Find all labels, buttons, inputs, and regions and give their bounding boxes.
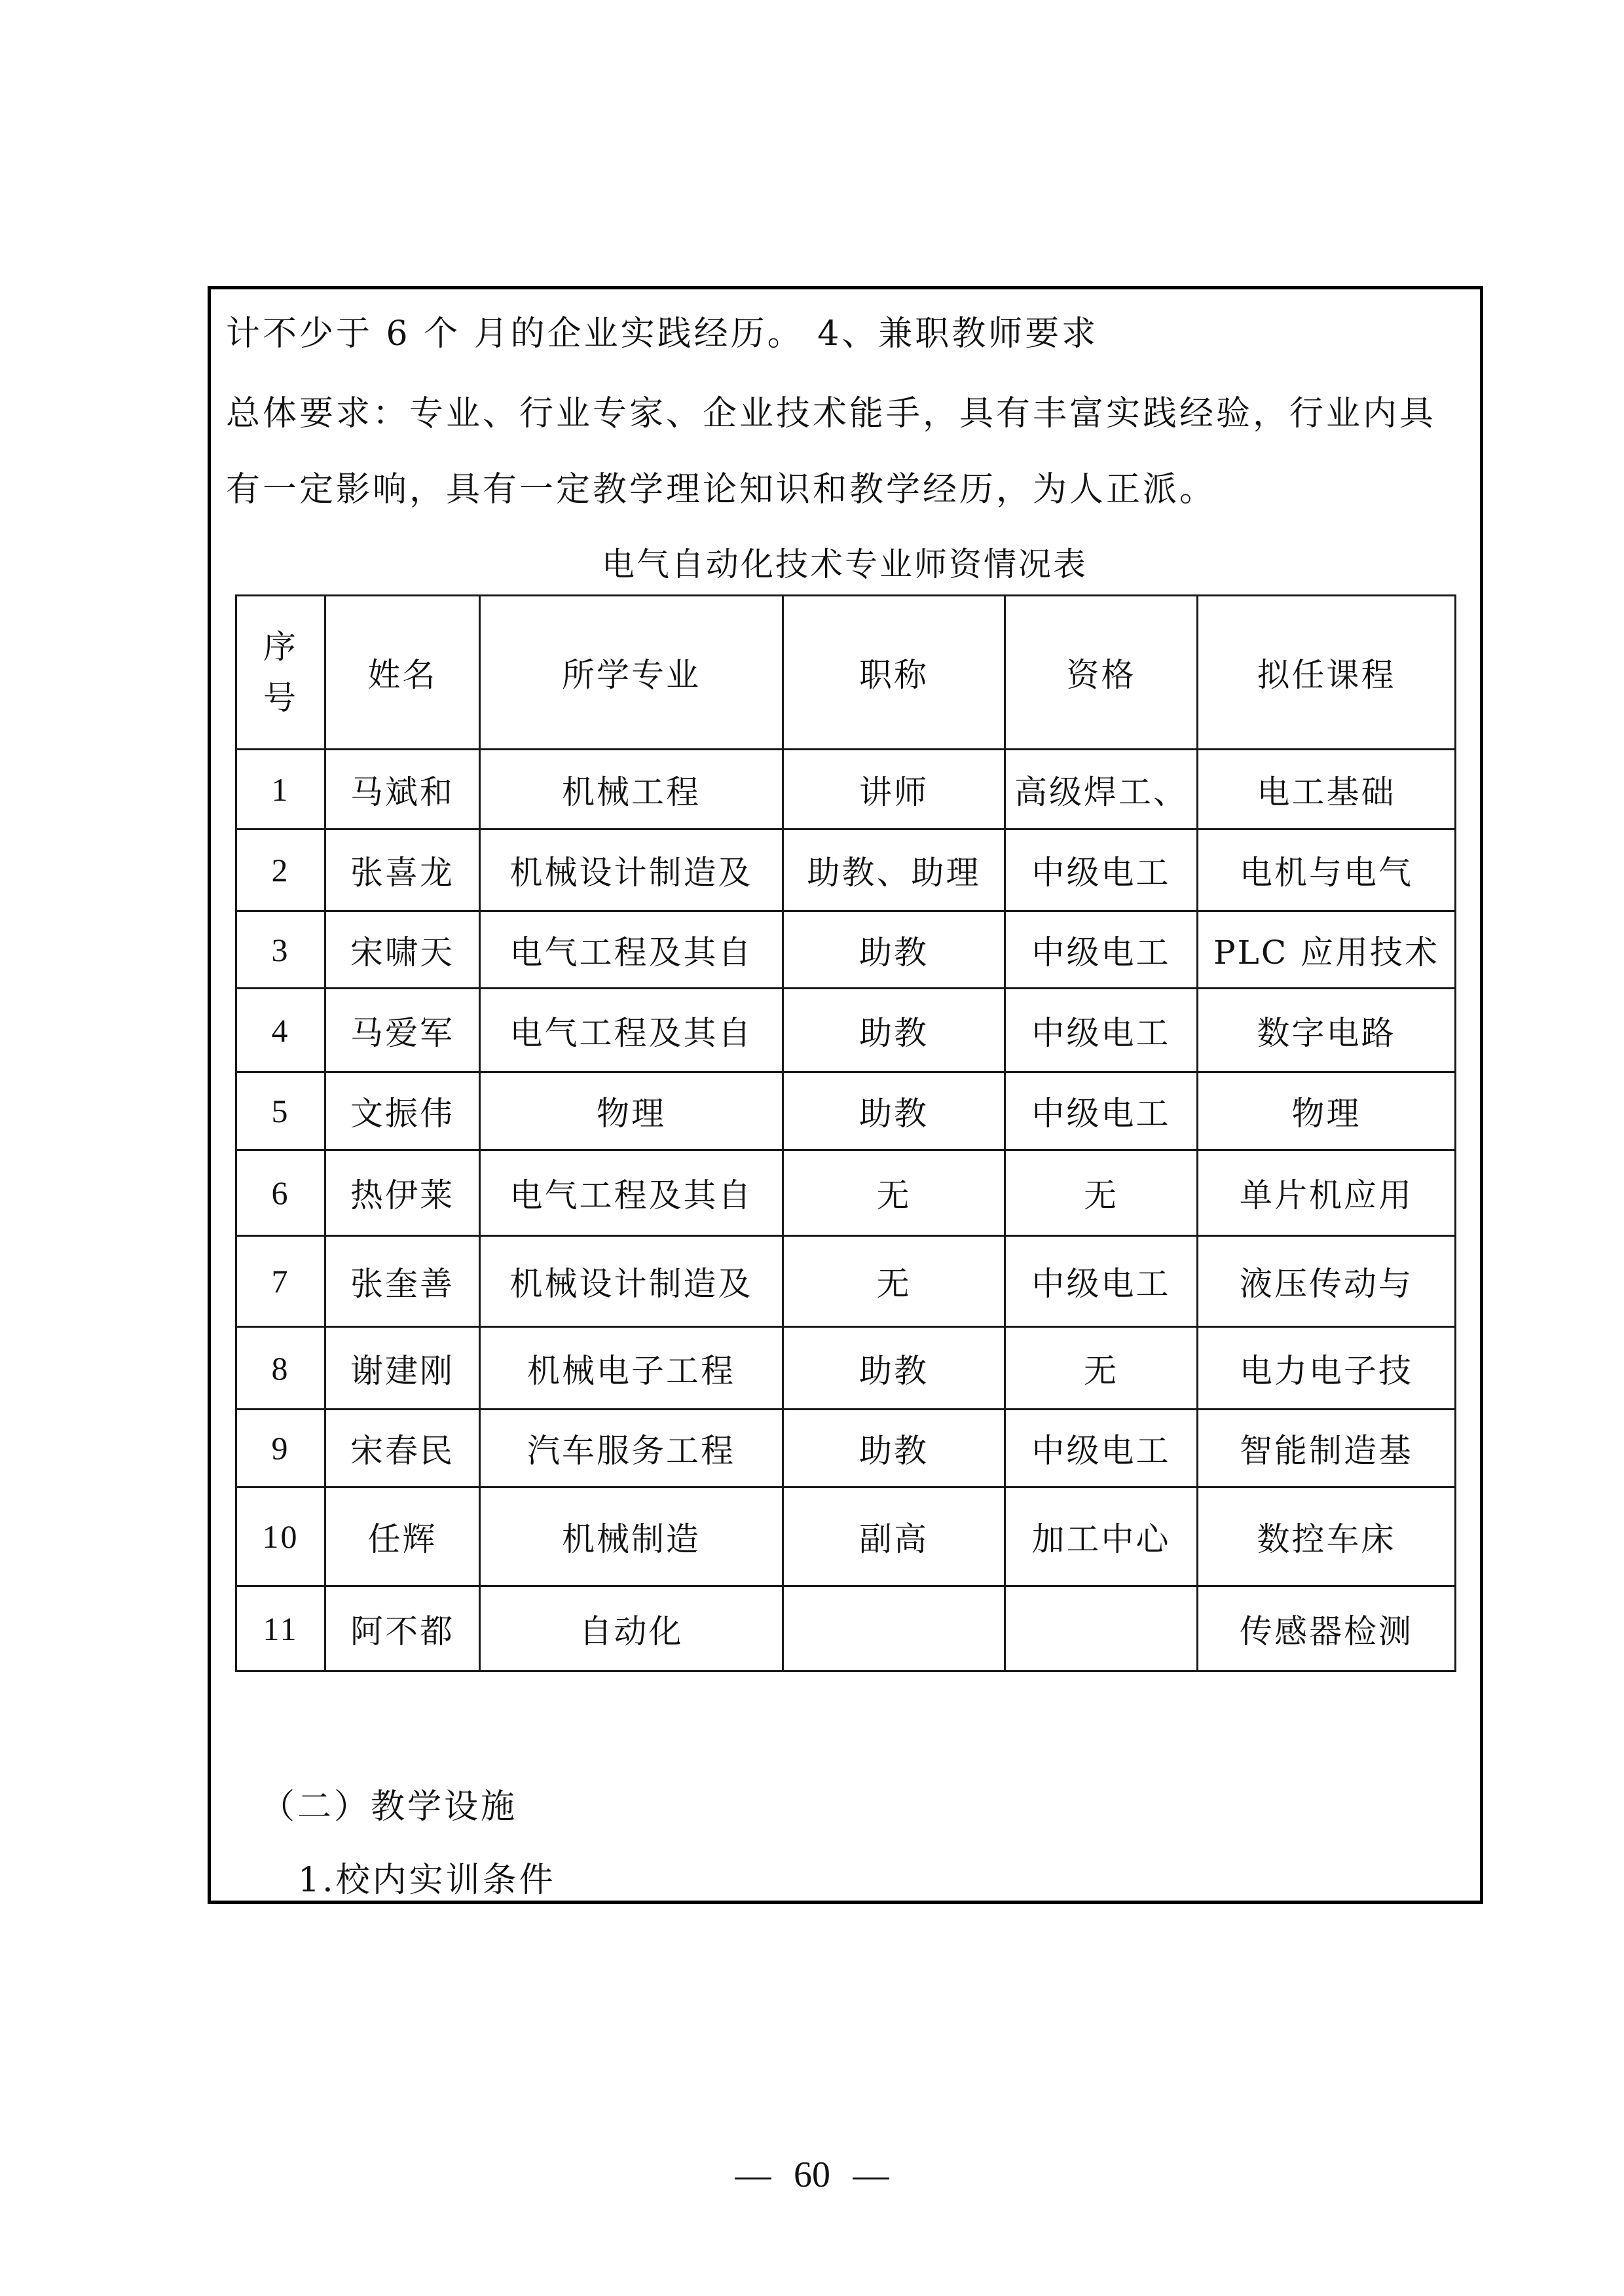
cell-course: 数字电路 bbox=[1198, 989, 1456, 1072]
page-number: 60 bbox=[794, 2155, 830, 2195]
cell-name: 马斌和 bbox=[325, 750, 480, 829]
cell-seq: 11 bbox=[236, 1586, 325, 1671]
header-seq-top: 序 bbox=[263, 628, 298, 666]
cell-course: 智能制造基 bbox=[1198, 1410, 1456, 1487]
cell-name: 张喜龙 bbox=[325, 829, 480, 911]
cell-course: 电工基础 bbox=[1198, 750, 1456, 829]
page-footer: 60 bbox=[0, 2154, 1624, 2196]
cell-seq: 7 bbox=[236, 1236, 325, 1327]
body-text-line-3: 有一定影响，具有一定教学理论知识和教学经历，为人正派。 bbox=[226, 469, 1216, 511]
cell-major: 汽车服务工程 bbox=[480, 1410, 783, 1487]
cell-qualification: 无 bbox=[1005, 1150, 1198, 1236]
table-row: 11 阿不都 自动化 传感器检测 bbox=[236, 1586, 1456, 1671]
cell-title bbox=[783, 1586, 1005, 1671]
table-row: 2 张喜龙 机械设计制造及 助教、助理 中级电工 电机与电气 bbox=[236, 829, 1456, 911]
cell-title: 助教 bbox=[783, 911, 1005, 989]
cell-name: 谢建刚 bbox=[325, 1327, 480, 1410]
table-row: 7 张奎善 机械设计制造及 无 中级电工 液压传动与 bbox=[236, 1236, 1456, 1327]
cell-qualification: 加工中心 bbox=[1005, 1487, 1198, 1586]
cell-qualification: 中级电工 bbox=[1005, 829, 1198, 911]
cell-major: 机械设计制造及 bbox=[480, 829, 783, 911]
cell-title: 助教 bbox=[783, 1327, 1005, 1410]
cell-qualification: 中级电工 bbox=[1005, 911, 1198, 989]
staff-table: 序 号 姓名 所学专业 职称 资格 拟任课程 1 马斌和 机械工程 讲师 高级焊… bbox=[235, 594, 1456, 1672]
table-row: 9 宋春民 汽车服务工程 助教 中级电工 智能制造基 bbox=[236, 1410, 1456, 1487]
cell-major: 物理 bbox=[480, 1072, 783, 1150]
cell-qualification: 中级电工 bbox=[1005, 1072, 1198, 1150]
cell-name: 阿不都 bbox=[325, 1586, 480, 1671]
cell-major: 电气工程及其自 bbox=[480, 989, 783, 1072]
table-row: 8 谢建刚 机械电子工程 助教 无 电力电子技 bbox=[236, 1327, 1456, 1410]
cell-course: 数控车床 bbox=[1198, 1487, 1456, 1586]
cell-title: 无 bbox=[783, 1150, 1005, 1236]
cell-seq: 10 bbox=[236, 1487, 325, 1586]
cell-qualification: 中级电工 bbox=[1005, 989, 1198, 1072]
cell-course: 电机与电气 bbox=[1198, 829, 1456, 911]
cell-seq: 4 bbox=[236, 989, 325, 1072]
cell-title: 无 bbox=[783, 1236, 1005, 1327]
cell-name: 任辉 bbox=[325, 1487, 480, 1586]
table-row: 4 马爱军 电气工程及其自 助教 中级电工 数字电路 bbox=[236, 989, 1456, 1072]
subsection-heading-campus-training: 1.校内实训条件 bbox=[298, 1859, 556, 1901]
cell-course: 液压传动与 bbox=[1198, 1236, 1456, 1327]
cell-course: PLC 应用技术 bbox=[1198, 911, 1456, 989]
cell-title: 副高 bbox=[783, 1487, 1005, 1586]
table-row: 3 宋啸天 电气工程及其自 助教 中级电工 PLC 应用技术 bbox=[236, 911, 1456, 989]
cell-seq: 8 bbox=[236, 1327, 325, 1410]
cell-seq: 1 bbox=[236, 750, 325, 829]
cell-qualification: 中级电工 bbox=[1005, 1410, 1198, 1487]
cell-name: 张奎善 bbox=[325, 1236, 480, 1327]
cell-major: 电气工程及其自 bbox=[480, 1150, 783, 1236]
cell-title: 助教 bbox=[783, 989, 1005, 1072]
table-row: 6 热伊莱 电气工程及其自 无 无 单片机应用 bbox=[236, 1150, 1456, 1236]
cell-qualification: 无 bbox=[1005, 1327, 1198, 1410]
cell-major: 机械工程 bbox=[480, 750, 783, 829]
cell-course: 物理 bbox=[1198, 1072, 1456, 1150]
header-major: 所学专业 bbox=[480, 596, 783, 750]
cell-course: 传感器检测 bbox=[1198, 1586, 1456, 1671]
cell-major: 机械电子工程 bbox=[480, 1327, 783, 1410]
cell-qualification: 中级电工 bbox=[1005, 1236, 1198, 1327]
header-course: 拟任课程 bbox=[1198, 596, 1456, 750]
cell-major: 自动化 bbox=[480, 1586, 783, 1671]
cell-seq: 6 bbox=[236, 1150, 325, 1236]
table-row: 10 任辉 机械制造 副高 加工中心 数控车床 bbox=[236, 1487, 1456, 1586]
table-header-row: 序 号 姓名 所学专业 职称 资格 拟任课程 bbox=[236, 596, 1456, 750]
cell-title: 讲师 bbox=[783, 750, 1005, 829]
cell-major: 机械设计制造及 bbox=[480, 1236, 783, 1327]
cell-qualification bbox=[1005, 1586, 1198, 1671]
cell-name: 马爱军 bbox=[325, 989, 480, 1072]
cell-seq: 3 bbox=[236, 911, 325, 989]
cell-name: 宋啸天 bbox=[325, 911, 480, 989]
header-seq-bottom: 号 bbox=[263, 679, 298, 717]
section-heading-teaching-facilities: （二）教学设施 bbox=[261, 1786, 517, 1828]
body-text-line-1: 计不少于 6 个 月的企业实践经历。 4、兼职教师要求 bbox=[226, 313, 1098, 355]
header-name: 姓名 bbox=[325, 596, 480, 750]
header-title: 职称 bbox=[783, 596, 1005, 750]
dash-left bbox=[735, 2178, 771, 2179]
cell-name: 文振伟 bbox=[325, 1072, 480, 1150]
cell-course: 单片机应用 bbox=[1198, 1150, 1456, 1236]
body-text-line-2: 总体要求：专业、行业专家、企业技术能手，具有丰富实践经验，行业内具 bbox=[226, 393, 1436, 435]
header-qualification: 资格 bbox=[1005, 596, 1198, 750]
dash-right bbox=[853, 2178, 889, 2179]
table-title: 电气自动化技术专业师资情况表 bbox=[235, 543, 1454, 585]
cell-title: 助教 bbox=[783, 1410, 1005, 1487]
table-row: 1 马斌和 机械工程 讲师 高级焊工、 电工基础 bbox=[236, 750, 1456, 829]
cell-course: 电力电子技 bbox=[1198, 1327, 1456, 1410]
cell-seq: 5 bbox=[236, 1072, 325, 1150]
header-seq: 序 号 bbox=[236, 596, 325, 750]
cell-qualification: 高级焊工、 bbox=[1005, 750, 1198, 829]
table-row: 5 文振伟 物理 助教 中级电工 物理 bbox=[236, 1072, 1456, 1150]
cell-seq: 9 bbox=[236, 1410, 325, 1487]
cell-title: 助教、助理 bbox=[783, 829, 1005, 911]
cell-title: 助教 bbox=[783, 1072, 1005, 1150]
cell-major: 电气工程及其自 bbox=[480, 911, 783, 989]
cell-name: 宋春民 bbox=[325, 1410, 480, 1487]
cell-name: 热伊莱 bbox=[325, 1150, 480, 1236]
cell-major: 机械制造 bbox=[480, 1487, 783, 1586]
cell-seq: 2 bbox=[236, 829, 325, 911]
